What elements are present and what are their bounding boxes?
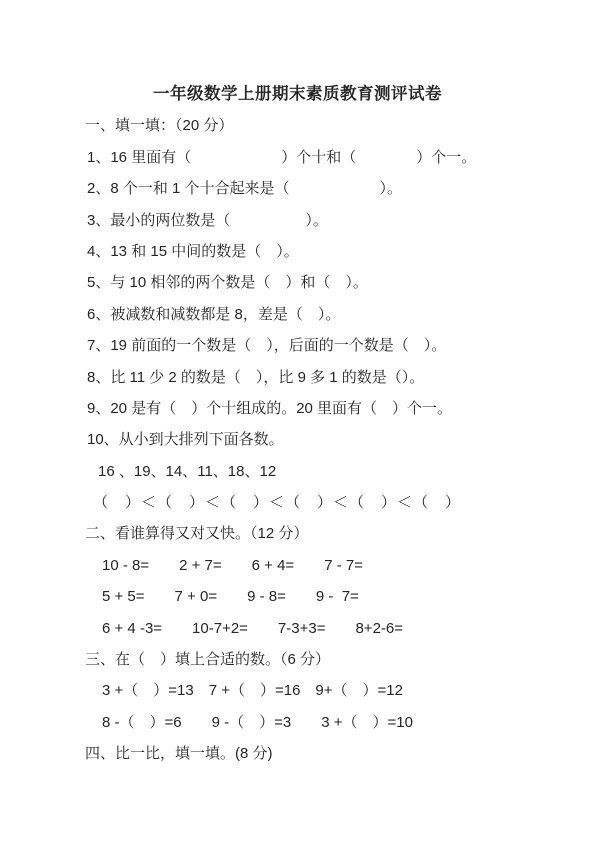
question-4: 4、13 和 15 中间的数是（ ）。 xyxy=(87,236,595,267)
document-content: 一年级数学上册期末素质教育测评试卷 一、填一填：（20 分） 1、16 里面有（… xyxy=(0,79,595,770)
question-6: 6、被减数和减数都是 8，差是（ ）。 xyxy=(87,299,595,330)
calc-row-1: 10 - 8= 2 + 7= 6 + 4= 7 - 7= xyxy=(102,550,595,581)
question-1: 1、16 里面有（ ）个十和（ ）个一。 xyxy=(87,142,595,173)
section-2-heading: 二、看谁算得又对又快。（12 分） xyxy=(85,518,595,549)
question-2: 2、8 个一和 1 个十合起来是（ ）。 xyxy=(87,173,595,204)
question-10: 10、从小到大排列下面各数。 xyxy=(87,424,595,455)
question-8: 8、比 11 少 2 的数是（ ），比 9 多 1 的数是（）。 xyxy=(87,362,595,393)
ordering-blanks: （ ）＜（ ）＜（ ）＜（ ）＜（ ）＜（ ） xyxy=(93,487,595,518)
question-9: 9、20 是有（ ）个十组成的。20 里面有（ ）个一。 xyxy=(87,393,595,424)
number-sequence: 16 、19、14、11、18、12 xyxy=(98,456,595,487)
section-1-heading: 一、填一填：（20 分） xyxy=(85,110,595,141)
calc-row-2: 5 + 5= 7 + 0= 9 - 8= 9 - 7= xyxy=(102,581,595,612)
section-3-heading: 三、在（ ）填上合适的数。（6 分） xyxy=(85,644,595,675)
fill-row-1: 3 +（ ）=13 7 +（ ）=16 9+（ ）=12 xyxy=(102,675,595,706)
doc-title: 一年级数学上册期末素质教育测评试卷 xyxy=(0,79,595,110)
calc-row-3: 6 + 4 -3= 10-7+2= 7-3+3= 8+2-6= xyxy=(102,613,595,644)
question-7: 7、19 前面的一个数是（ ），后面的一个数是（ ）。 xyxy=(87,330,595,361)
section-4-heading: 四、比一比，填一填。(8 分) xyxy=(85,738,595,769)
fill-row-2: 8 -（ ）=6 9 -（ ）=3 3 +（ ）=10 xyxy=(102,707,595,738)
question-5: 5、与 10 相邻的两个数是（ ）和（ ）。 xyxy=(87,267,595,298)
test-paper-page: 一年级数学上册期末素质教育测评试卷 一、填一填：（20 分） 1、16 里面有（… xyxy=(0,0,595,842)
question-3: 3、最小的两位数是（ ）。 xyxy=(87,205,595,236)
